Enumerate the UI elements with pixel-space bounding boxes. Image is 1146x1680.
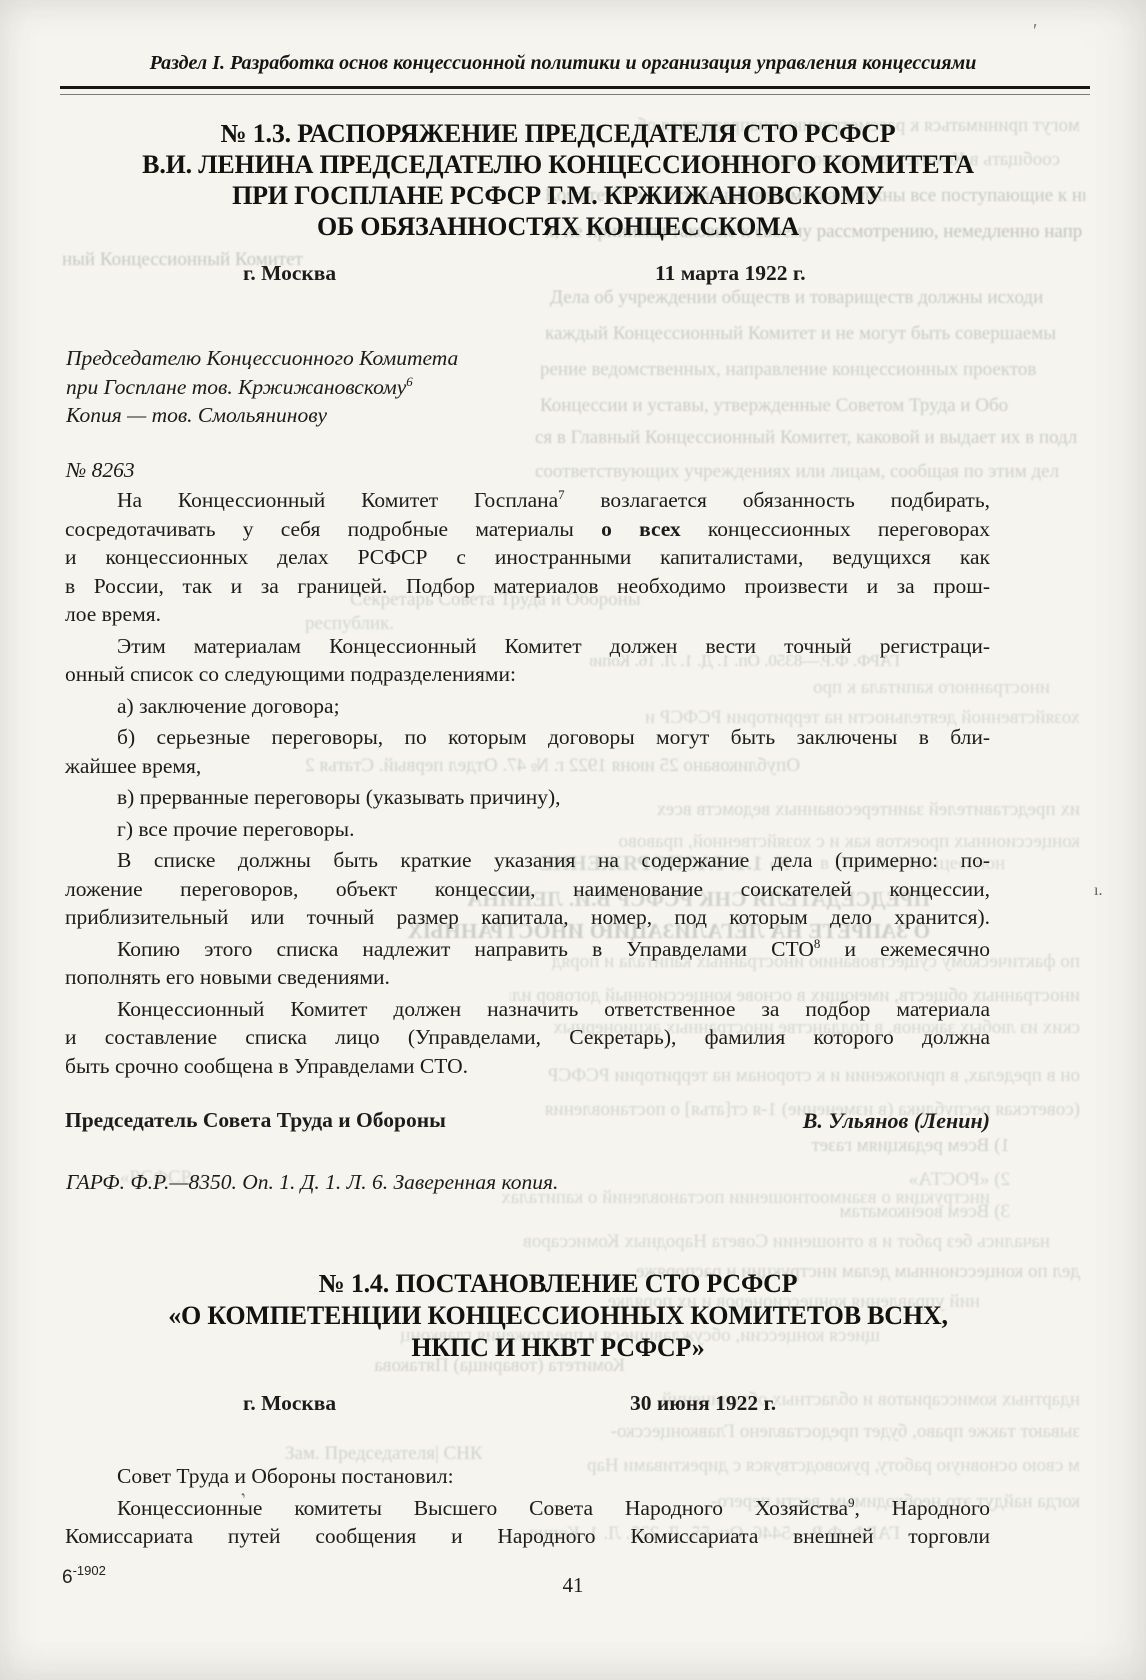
- scan-artifact: ': [1030, 20, 1038, 43]
- body-line: Этим материалам Концессионный Комитет до…: [65, 632, 990, 661]
- doc1-title-line: В.И. ЛЕНИНА ПРЕДСЕДАТЕЛЮ КОНЦЕССИОННОГО …: [40, 149, 1076, 180]
- body-line: быть срочно сообщена в Управделами СТО.: [65, 1052, 990, 1081]
- body-line: в России, так и за границей. Подбор мате…: [65, 572, 990, 601]
- doc1-number: № 8263: [66, 458, 135, 483]
- addressee-line: при Госплане тов. Кржижановскому6: [66, 373, 458, 402]
- body-line: а) заключение договора;: [65, 692, 990, 721]
- doc1-archive-reference: ГАРФ. Ф.Р.—8350. Оп. 1. Д. 1. Л. 6. Заве…: [66, 1170, 558, 1195]
- body-line: б) серьезные переговоры, по которым дого…: [65, 723, 990, 752]
- doc1-place-date-row: г. Москва 11 марта 1922 г.: [65, 261, 990, 286]
- body-line: онный список со следующими подразделения…: [65, 660, 990, 689]
- body-line: и составление списка лицо (Управделами, …: [65, 1023, 990, 1052]
- body-line: На Концессионный Комитет Госплана7 возла…: [65, 486, 990, 515]
- body-line: В списке должны быть краткие указания на…: [65, 846, 990, 875]
- doc1-place: г. Москва: [243, 261, 336, 285]
- page-content: Раздел I. Разработка основ концессионной…: [0, 0, 1146, 1680]
- doc1-title-line: ПРИ ГОСПЛАНЕ РСФСР Г.М. КРЖИЖАНОВСКОМУ: [40, 180, 1076, 211]
- body-line: ложение переговоров, объект концессии, н…: [65, 875, 990, 904]
- scan-artifact: ı.: [1094, 882, 1102, 900]
- addressee-line: Копия — тов. Смольянинову: [66, 401, 458, 430]
- doc1-signature-name: В. Ульянов (Ленин): [803, 1108, 990, 1134]
- doc1-signature-row: Председатель Совета Труда и Обороны В. У…: [65, 1108, 990, 1134]
- doc2-title-line: «О КОМПЕТЕНЦИИ КОНЦЕССИОННЫХ КОМИТЕТОВ В…: [40, 1300, 1076, 1332]
- page-number: 41: [0, 1573, 1146, 1598]
- doc1-title: № 1.3. РАСПОРЯЖЕНИЕ ПРЕДСЕДАТЕЛЯ СТО РСФ…: [40, 118, 1076, 242]
- body-line: Концессионные комитеты Высшего Совета На…: [65, 1494, 990, 1523]
- body-line: г) все прочие переговоры.: [65, 815, 990, 844]
- doc2-title: № 1.4. ПОСТАНОВЛЕНИЕ СТО РСФСР«О КОМПЕТЕ…: [40, 1268, 1076, 1364]
- doc2-place: г. Москва: [243, 1391, 336, 1415]
- scanned-page: могут приниматься к рассмотрению и напра…: [0, 0, 1146, 1680]
- body-line: лое время.: [65, 600, 990, 629]
- addressee-line: Председателю Концессионного Комитета: [66, 344, 458, 373]
- body-line: приблизительный или точный размер капита…: [65, 903, 990, 932]
- doc2-title-line: № 1.4. ПОСТАНОВЛЕНИЕ СТО РСФСР: [40, 1268, 1076, 1300]
- doc1-signature-title: Председатель Совета Труда и Обороны: [65, 1108, 446, 1134]
- doc2-place-date-row: г. Москва 30 июня 1922 г.: [65, 1391, 990, 1416]
- body-line: жайшее время,: [65, 752, 990, 781]
- doc2-title-line: НКПС И НКВТ РСФСР»: [40, 1332, 1076, 1364]
- doc1-date: 11 марта 1922 г.: [655, 261, 806, 286]
- running-head: Раздел I. Разработка основ концессионной…: [40, 52, 1086, 75]
- body-line: и концессионных делах РСФСР с иностранны…: [65, 543, 990, 572]
- body-line: Копию этого списка надлежит направить в …: [65, 935, 990, 964]
- body-line: в) прерванные переговоры (указывать прич…: [65, 783, 990, 812]
- header-rule: [60, 86, 1090, 95]
- doc1-body: На Концессионный Комитет Госплана7 возла…: [65, 486, 990, 1080]
- body-line: Концессионный Комитет должен назначить о…: [65, 995, 990, 1024]
- doc1-title-line: ОБ ОБЯЗАННОСТЯХ КОНЦЕССКОМА: [40, 211, 1076, 242]
- doc1-addressee: Председателю Концессионного Комитетапри …: [66, 344, 458, 430]
- doc1-title-line: № 1.3. РАСПОРЯЖЕНИЕ ПРЕДСЕДАТЕЛЯ СТО РСФ…: [40, 118, 1076, 149]
- body-line: Совет Труда и Обороны постановил:: [65, 1462, 990, 1491]
- body-line: сосредотачивать у себя подробные материа…: [65, 515, 990, 544]
- body-line: пополнять его новыми сведениями.: [65, 963, 990, 992]
- doc2-date: 30 июня 1922 г.: [630, 1391, 776, 1416]
- doc2-body: Совет Труда и Обороны постановил:Концесс…: [65, 1462, 990, 1551]
- body-line: Комиссариата путей сообщения и Народного…: [65, 1522, 990, 1551]
